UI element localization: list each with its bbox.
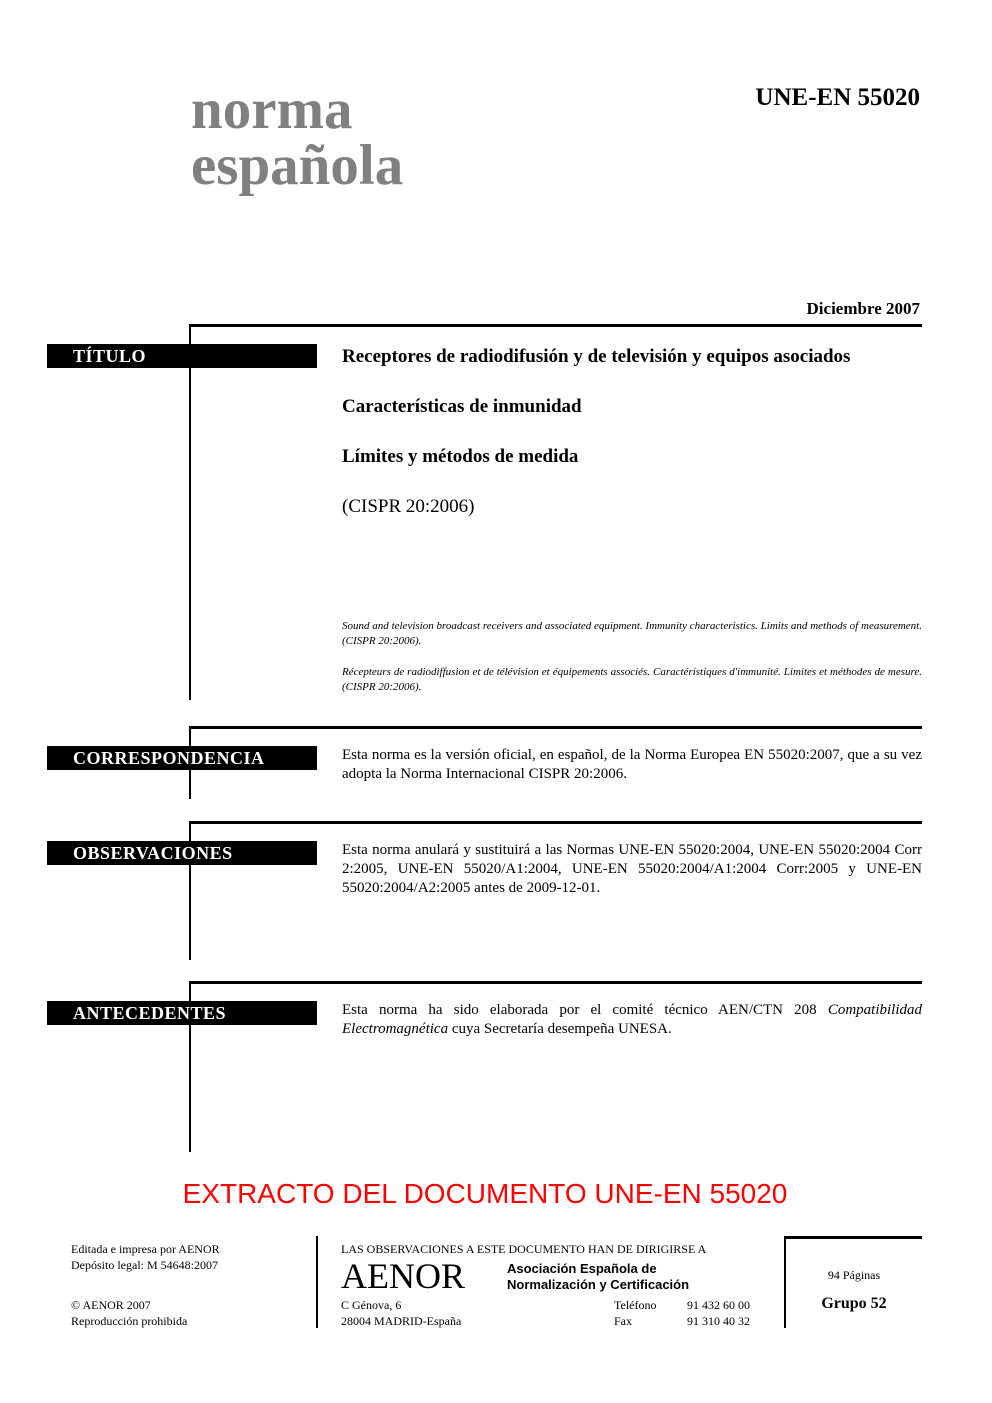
aenor-address: C Génova, 6 28004 MADRID-España [341, 1297, 461, 1329]
observations-heading: LAS OBSERVACIONES A ESTE DOCUMENTO HAN D… [341, 1241, 706, 1257]
footer-divider [316, 1236, 318, 1328]
address-street: C Génova, 6 [341, 1297, 461, 1313]
price-group: Grupo 52 [786, 1295, 922, 1313]
publisher-line: Editada e impresa por AENOR [71, 1241, 220, 1257]
brand-title: norma española [191, 82, 403, 194]
address-city: 28004 MADRID-España [341, 1313, 461, 1329]
french-title: Récepteurs de radiodiffusion et de télév… [342, 665, 922, 695]
footer-copyright: © AENOR 2007 Reproducción prohibida [71, 1297, 187, 1329]
section-vertical-rule [189, 324, 191, 700]
label-titulo: TÍTULO [47, 344, 317, 368]
antecedentes-text-before: Esta norma ha sido elaborada por el comi… [342, 1002, 828, 1018]
title-line-1: Receptores de radiodifusión y de televis… [342, 346, 850, 368]
title-line-2: Características de inmunidad [342, 396, 582, 418]
english-title: Sound and television broadcast receivers… [342, 619, 922, 649]
footer-box-top [784, 1236, 922, 1239]
page-count: 94 Páginas [786, 1267, 922, 1283]
contact-numbers: 91 432 60 00 91 310 40 32 [687, 1297, 750, 1329]
observaciones-text: Esta norma anulará y sustituirá a las No… [342, 841, 922, 898]
assoc-line-2: Normalización y Certificación [507, 1277, 689, 1293]
extract-watermark: EXTRACTO DEL DOCUMENTO UNE-EN 55020 [0, 1178, 970, 1210]
section-divider [189, 324, 922, 327]
brand-line-1: norma [191, 82, 403, 138]
label-antecedentes: ANTECEDENTES [47, 1001, 317, 1025]
antecedentes-text-after: cuya Secretaría desempeña UNESA. [448, 1021, 672, 1037]
section-divider [189, 726, 922, 729]
aenor-logo: AENOR [341, 1258, 465, 1294]
contact-labels: Teléfono Fax [614, 1297, 656, 1329]
phone-number: 91 432 60 00 [687, 1297, 750, 1313]
assoc-line-1: Asociación Española de [507, 1261, 689, 1277]
aenor-association: Asociación Española de Normalización y C… [507, 1261, 689, 1293]
legal-deposit: Depósito legal: M 54648:2007 [71, 1257, 220, 1273]
publication-date: Diciembre 2007 [807, 299, 920, 319]
fax-number: 91 310 40 32 [687, 1313, 750, 1329]
title-line-4: (CISPR 20:2006) [342, 496, 475, 518]
footer-publisher: Editada e impresa por AENOR Depósito leg… [71, 1241, 220, 1273]
label-observaciones: OBSERVACIONES [47, 841, 317, 865]
phone-label: Teléfono [614, 1297, 656, 1313]
brand-line-2: española [191, 138, 403, 194]
antecedentes-text: Esta norma ha sido elaborada por el comi… [342, 1001, 922, 1039]
standard-code: UNE-EN 55020 [755, 84, 920, 112]
copyright-line: © AENOR 2007 [71, 1297, 187, 1313]
reproduction-notice: Reproducción prohibida [71, 1313, 187, 1329]
section-divider [189, 821, 922, 824]
title-line-3: Límites y métodos de medida [342, 446, 578, 468]
label-correspondencia: CORRESPONDENCIA [47, 746, 317, 770]
fax-label: Fax [614, 1313, 656, 1329]
section-divider [189, 981, 922, 984]
correspondencia-text: Esta norma es la versión oficial, en esp… [342, 746, 922, 784]
